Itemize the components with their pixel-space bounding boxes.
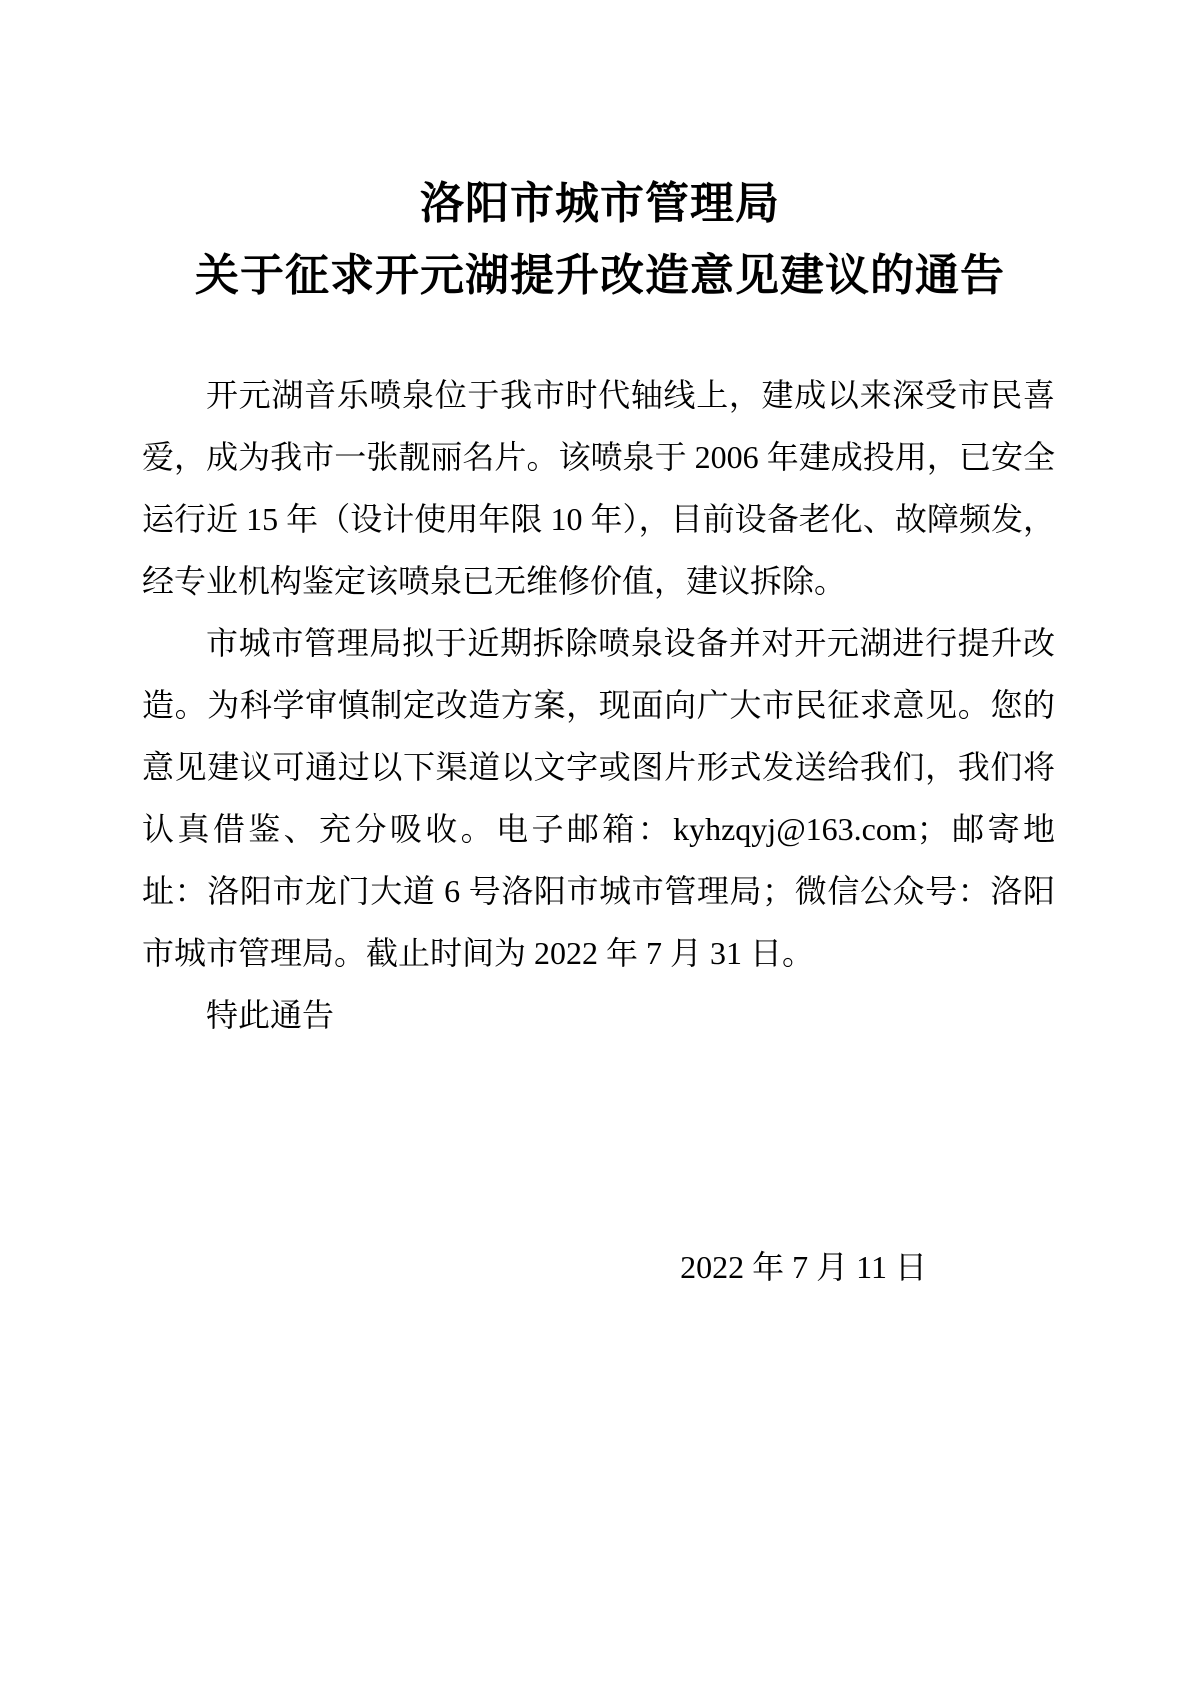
document-body: 开元湖音乐喷泉位于我市时代轴线上，建成以来深受市民喜爱，成为我市一张靓丽名片。该…	[142, 364, 1055, 1298]
date-line: 2022 年 7 月 11 日	[142, 1236, 1055, 1298]
paragraph-fountain-background: 开元湖音乐喷泉位于我市时代轴线上，建成以来深受市民喜爱，成为我市一张靓丽名片。该…	[142, 364, 1055, 612]
paragraph-closing-statement: 特此通告	[142, 984, 1055, 1046]
notice-document-page: 洛阳市城市管理局 关于征求开元湖提升改造意见建议的通告 开元湖音乐喷泉位于我市时…	[0, 0, 1200, 1697]
document-title: 洛阳市城市管理局 关于征求开元湖提升改造意见建议的通告	[0, 0, 1200, 312]
document-title-line2: 关于征求开元湖提升改造意见建议的通告	[0, 240, 1200, 312]
paragraph-solicitation-channels: 市城市管理局拟于近期拆除喷泉设备并对开元湖进行提升改造。为科学审慎制定改造方案，…	[142, 612, 1055, 984]
document-title-line1: 洛阳市城市管理局	[0, 168, 1200, 240]
